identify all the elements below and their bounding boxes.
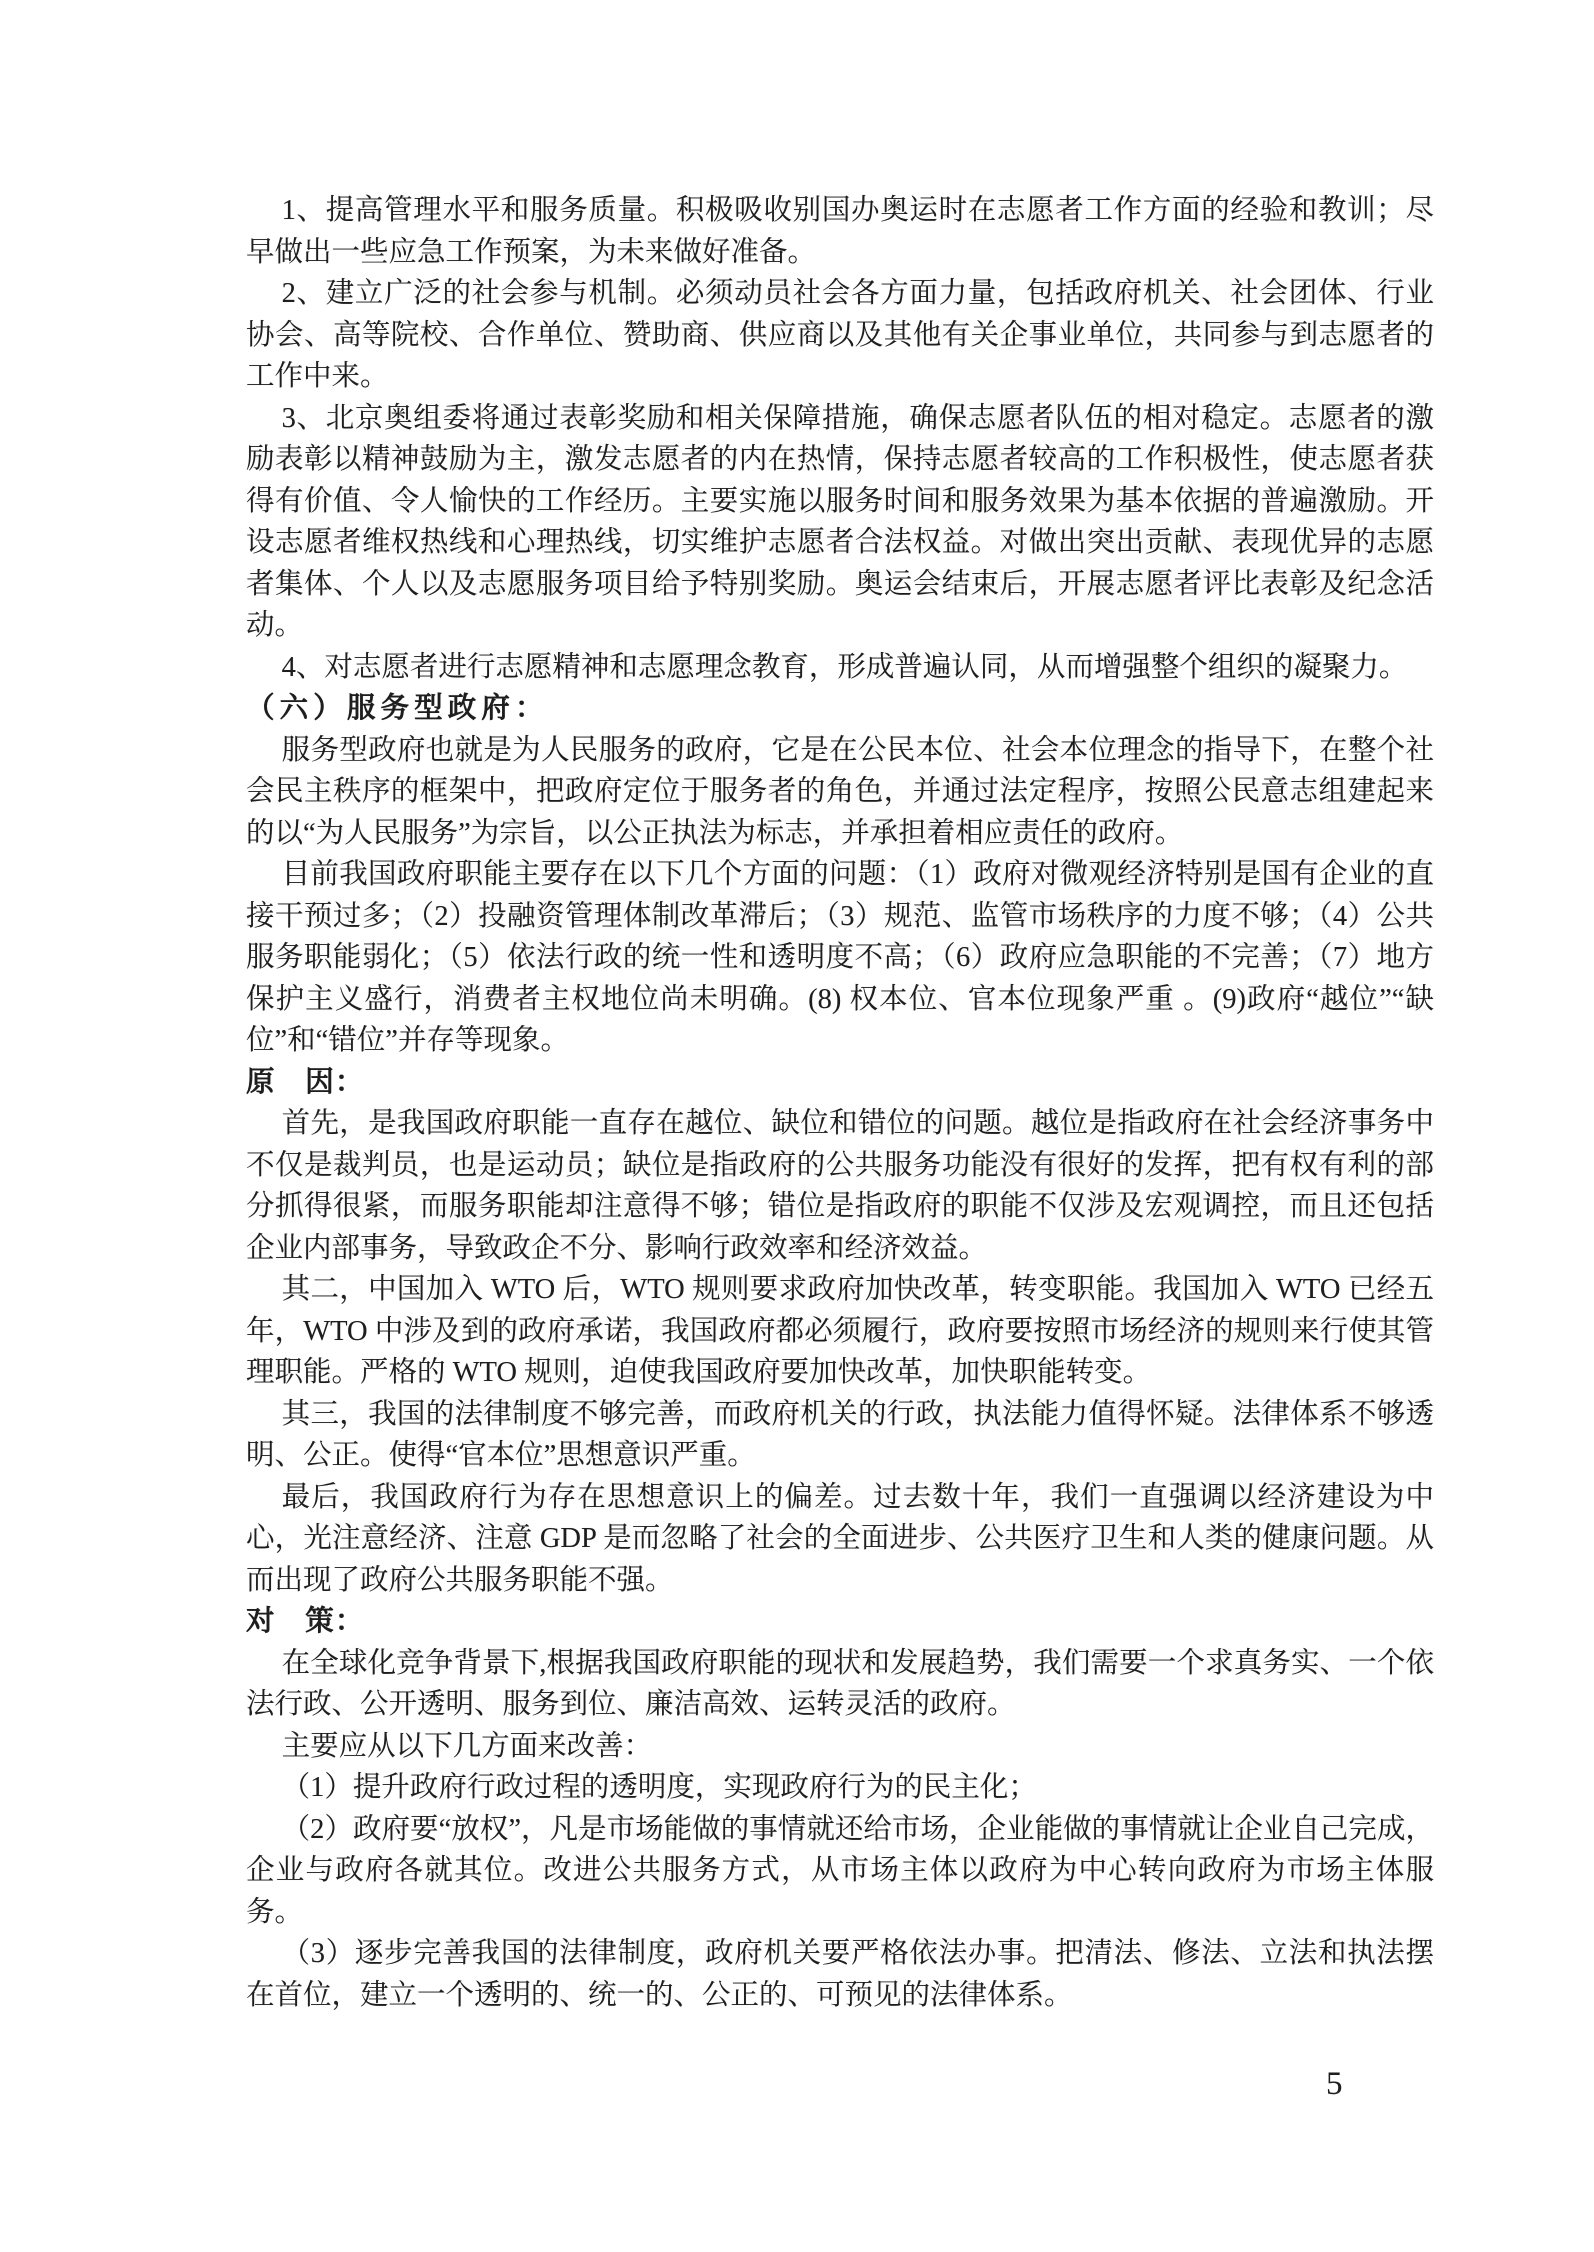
paragraph: 3、北京奥组委将通过表彰奖励和相关保障措施，确保志愿者队伍的相对稳定。志愿者的激… [246,398,1434,647]
paragraph: 在全球化竞争背景下,根据我国政府职能的现状和发展趋势，我们需要一个求真务实、一个… [246,1643,1434,1726]
paragraph: 2、建立广泛的社会参与机制。必须动员社会各方面力量，包括政府机关、社会团体、行业… [246,273,1434,398]
page-number: 5 [1326,2068,1343,2101]
paragraph: 其二，中国加入 WTO 后，WTO 规则要求政府加快改革，转变职能。我国加入 W… [246,1269,1434,1394]
paragraph: 4、对志愿者进行志愿精神和志愿理念教育，形成普遍认同，从而增强整个组织的凝聚力。 [246,647,1434,689]
document-text-block: 1、提高管理水平和服务质量。积极吸收别国办奥运时在志愿者工作方面的经验和教训；尽… [246,190,1434,2016]
paragraph: 最后，我国政府行为存在思想意识上的偏差。过去数十年，我们一直强调以经济建设为中心… [246,1477,1434,1602]
paragraph: 主要应从以下几方面来改善： [246,1726,1434,1768]
paragraph: （1）提升政府行政过程的透明度，实现政府行为的民主化； [246,1767,1434,1809]
document-page: 1、提高管理水平和服务质量。积极吸收别国办奥运时在志愿者工作方面的经验和教训；尽… [0,0,1594,2252]
paragraph: 目前我国政府职能主要存在以下几个方面的问题：（1）政府对微观经济特别是国有企业的… [246,854,1434,1062]
run-in-heading: 原 因： [246,1062,1434,1104]
section-heading: （六）服务型政府： [246,688,1434,730]
paragraph: （3）逐步完善我国的法律制度，政府机关要严格依法办事。把清法、修法、立法和执法摆… [246,1933,1434,2016]
paragraph: 服务型政府也就是为人民服务的政府，它是在公民本位、社会本位理念的指导下，在整个社… [246,730,1434,855]
paragraph: （2）政府要“放权”，凡是市场能做的事情就还给市场，企业能做的事情就让企业自己完… [246,1809,1434,1934]
paragraph: 首先，是我国政府职能一直存在越位、缺位和错位的问题。越位是指政府在社会经济事务中… [246,1103,1434,1269]
run-in-heading: 对 策： [246,1601,1434,1643]
paragraph: 1、提高管理水平和服务质量。积极吸收别国办奥运时在志愿者工作方面的经验和教训；尽… [246,190,1434,273]
paragraph: 其三，我国的法律制度不够完善，而政府机关的行政，执法能力值得怀疑。法律体系不够透… [246,1394,1434,1477]
